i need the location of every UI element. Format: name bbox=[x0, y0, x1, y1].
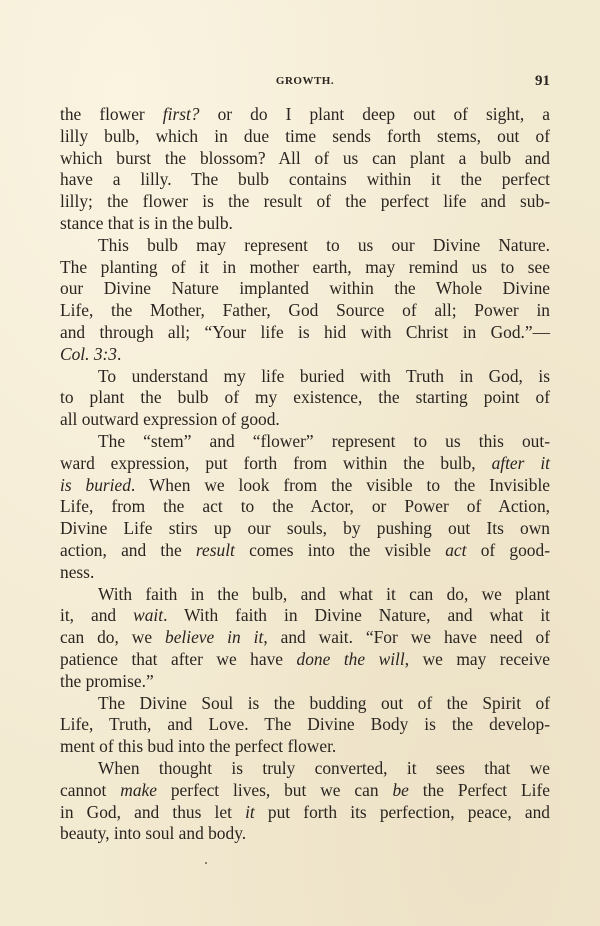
text-line: The planting of it in mother earth, may … bbox=[60, 257, 550, 279]
text-run: ward expression, put forth from within t… bbox=[60, 453, 492, 473]
italic-run: make bbox=[120, 780, 157, 800]
text-line: have a lilly. The bulb contains within i… bbox=[60, 169, 550, 191]
text-run: of good- bbox=[466, 540, 550, 560]
text-run: This bulb may represent to us our Divine… bbox=[98, 235, 550, 255]
italic-run: result bbox=[196, 540, 235, 560]
text-run: Life, from the act to the Actor, or Powe… bbox=[60, 496, 550, 516]
italic-run: after it bbox=[492, 453, 550, 473]
text-line: ment of this bud into the perfect flower… bbox=[60, 736, 550, 758]
text-run: can do, we bbox=[60, 627, 165, 647]
text-line: Divine Life stirs up our souls, by pushi… bbox=[60, 518, 550, 540]
running-head: GROWTH. 91 bbox=[60, 75, 550, 93]
text-run: the promise.” bbox=[60, 671, 154, 691]
text-line: The “stem” and “flower” represent to us … bbox=[60, 431, 550, 453]
italic-run: first? bbox=[163, 104, 200, 124]
paragraph: When thought is truly converted, it sees… bbox=[60, 758, 550, 845]
text-run: lilly bulb, which in due time sends fort… bbox=[60, 126, 550, 146]
italic-run: it bbox=[245, 802, 255, 822]
body-text: the flower first? or do I plant deep out… bbox=[60, 104, 550, 845]
text-run: have a lilly. The bulb contains within i… bbox=[60, 169, 550, 189]
paragraph: The “stem” and “flower” represent to us … bbox=[60, 431, 550, 584]
text-line: Life, Truth, and Love. The Divine Body i… bbox=[60, 714, 550, 736]
text-run: The Divine Soul is the budding out of th… bbox=[98, 693, 550, 713]
text-line: Col. 3:3. bbox=[60, 344, 550, 366]
running-title: GROWTH. bbox=[60, 75, 550, 87]
italic-run: wait bbox=[133, 605, 163, 625]
text-run: lilly; the flower is the result of the p… bbox=[60, 191, 550, 211]
text-run: When thought is truly converted, it sees… bbox=[98, 758, 550, 778]
text-line: stance that is in the bulb. bbox=[60, 213, 550, 235]
text-line: it, and wait. With faith in Divine Natur… bbox=[60, 605, 550, 627]
paragraph: This bulb may represent to us our Divine… bbox=[60, 235, 550, 366]
text-line: Life, the Mother, Father, God Source of … bbox=[60, 300, 550, 322]
text-run: all outward expression of good. bbox=[60, 409, 280, 429]
text-run: perfect lives, but we can bbox=[157, 780, 392, 800]
text-line: to plant the bulb of my existence, the s… bbox=[60, 387, 550, 409]
text-run: , we may receive bbox=[405, 649, 550, 669]
text-run: , and wait. “For we have need of bbox=[263, 627, 550, 647]
text-run: our Divine Nature implanted within the W… bbox=[60, 278, 550, 298]
text-run: . bbox=[117, 344, 121, 364]
text-line: cannot make perfect lives, but we can be… bbox=[60, 780, 550, 802]
text-line: ness. bbox=[60, 562, 550, 584]
text-line: To understand my life buried with Truth … bbox=[60, 366, 550, 388]
text-run: stance that is in the bulb. bbox=[60, 213, 233, 233]
italic-run: be bbox=[392, 780, 408, 800]
text-run: Life, Truth, and Love. The Divine Body i… bbox=[60, 714, 550, 734]
paragraph: the flower first? or do I plant deep out… bbox=[60, 104, 550, 235]
text-run: cannot bbox=[60, 780, 120, 800]
text-run: put forth its perfection, peace, and bbox=[255, 802, 550, 822]
text-run: With faith in the bulb, and what it can … bbox=[98, 584, 550, 604]
italic-run: act bbox=[445, 540, 466, 560]
text-line: This bulb may represent to us our Divine… bbox=[60, 235, 550, 257]
text-line: our Divine Nature implanted within the W… bbox=[60, 278, 550, 300]
text-run: action, and the bbox=[60, 540, 196, 560]
text-run: which burst the blossom? All of us can p… bbox=[60, 148, 550, 168]
book-page: GROWTH. 91 the flower first? or do I pla… bbox=[0, 0, 600, 926]
text-run: Life, the Mother, Father, God Source of … bbox=[60, 300, 550, 320]
text-run: ness. bbox=[60, 562, 94, 582]
text-line: The Divine Soul is the budding out of th… bbox=[60, 693, 550, 715]
italic-run: believe in it bbox=[165, 627, 263, 647]
text-line: the promise.” bbox=[60, 671, 550, 693]
text-run: . With faith in Divine Nature, and what … bbox=[163, 605, 550, 625]
text-line: can do, we believe in it, and wait. “For… bbox=[60, 627, 550, 649]
text-line: which burst the blossom? All of us can p… bbox=[60, 148, 550, 170]
text-line: all outward expression of good. bbox=[60, 409, 550, 431]
text-run: or do I plant deep out of sight, a bbox=[200, 104, 550, 124]
text-run: the Perfect Life bbox=[409, 780, 550, 800]
text-run: . When we look from the visible to the I… bbox=[131, 475, 550, 495]
text-line: ward expression, put forth from within t… bbox=[60, 453, 550, 475]
text-line: in God, and thus let it put forth its pe… bbox=[60, 802, 550, 824]
text-run: ment of this bud into the perfect flower… bbox=[60, 736, 336, 756]
text-line: action, and the result comes into the vi… bbox=[60, 540, 550, 562]
text-line: lilly bulb, which in due time sends fort… bbox=[60, 126, 550, 148]
italic-run: is buried bbox=[60, 475, 131, 495]
text-line: Life, from the act to the Actor, or Powe… bbox=[60, 496, 550, 518]
ink-speck bbox=[205, 862, 207, 864]
text-line: When thought is truly converted, it sees… bbox=[60, 758, 550, 780]
text-run: patience that after we have bbox=[60, 649, 297, 669]
text-run: The planting of it in mother earth, may … bbox=[60, 257, 550, 277]
text-run: in God, and thus let bbox=[60, 802, 245, 822]
text-run: comes into the visible bbox=[235, 540, 445, 560]
paragraph: To understand my life buried with Truth … bbox=[60, 366, 550, 431]
text-run: beauty, into soul and body. bbox=[60, 823, 246, 843]
text-run: Divine Life stirs up our souls, by pushi… bbox=[60, 518, 550, 538]
paragraph: The Divine Soul is the budding out of th… bbox=[60, 693, 550, 758]
text-line: is buried. When we look from the visible… bbox=[60, 475, 550, 497]
paragraph: With faith in the bulb, and what it can … bbox=[60, 584, 550, 693]
page-number: 91 bbox=[535, 73, 550, 90]
text-line: patience that after we have done the wil… bbox=[60, 649, 550, 671]
text-line: lilly; the flower is the result of the p… bbox=[60, 191, 550, 213]
text-line: the flower first? or do I plant deep out… bbox=[60, 104, 550, 126]
text-run: and through all; “Your life is hid with … bbox=[60, 322, 550, 342]
text-run: the flower bbox=[60, 104, 163, 124]
text-line: beauty, into soul and body. bbox=[60, 823, 550, 845]
text-run: To understand my life buried with Truth … bbox=[98, 366, 550, 386]
text-run: The “stem” and “flower” represent to us … bbox=[98, 431, 550, 451]
text-run: it, and bbox=[60, 605, 133, 625]
text-run: to plant the bulb of my existence, the s… bbox=[60, 387, 550, 407]
italic-run: Col. 3:3 bbox=[60, 344, 117, 364]
text-line: and through all; “Your life is hid with … bbox=[60, 322, 550, 344]
text-line: With faith in the bulb, and what it can … bbox=[60, 584, 550, 606]
italic-run: done the will bbox=[297, 649, 405, 669]
